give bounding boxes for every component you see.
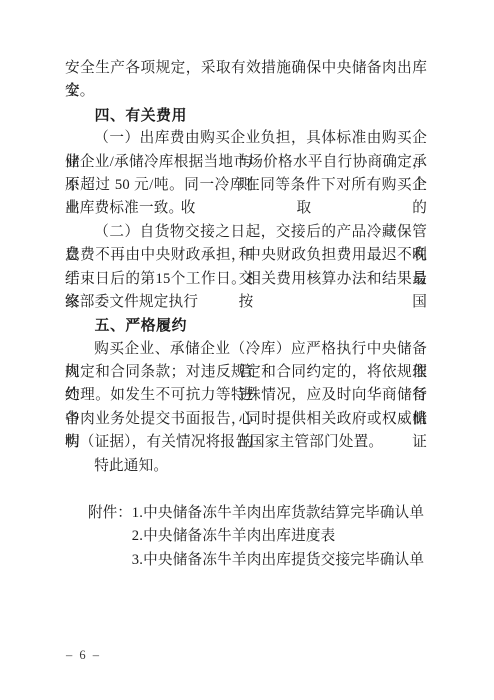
paragraph-line: 备肉业务处提交书面报告，同时提供相关政府或权威机构的证 — [65, 408, 427, 431]
section-heading: 四、有关费用 — [65, 104, 427, 127]
document-page: 安全生产各项规定，采取有效措施确保中央储备肉出库安全。四、有关费用（一）出库费由… — [0, 0, 494, 700]
attachment-item: 1.中央储备冻牛羊肉出库货款结算完毕确认单 — [132, 502, 463, 525]
paragraph-line: 明（证据），有关情况将报告国家主管部门处置。 — [65, 431, 427, 454]
paragraph-line: 处理。如发生不可抗力等特殊情况，应及时向华商储备中心储 — [65, 384, 427, 407]
paragraph-line: 息费不再由中央财政承担，中央财政负担费用最迟不晚于交易 — [65, 244, 427, 267]
paragraph-line: 结束日后的第15个工作日。相关费用核算办法和结果最终按国 — [65, 268, 427, 291]
paragraph-line: 全。 — [65, 80, 427, 103]
page-number: – 6 – — [66, 645, 101, 665]
paragraph-line: 规定和合同条款；对违反规定和合同约定的，将依规依约进行 — [65, 361, 427, 384]
attachment-item: 3.中央储备冻牛羊肉出库提货交接完毕确认单 — [132, 549, 463, 572]
paragraph-line: （一）出库费由购买企业负担，具体标准由购买企业与承 — [65, 127, 427, 150]
document-body: 安全生产各项规定，采取有效措施确保中央储备肉出库安全。四、有关费用（一）出库费由… — [65, 57, 427, 478]
attachment-item: 2.中央储备冻牛羊肉出库进度表 — [132, 525, 463, 548]
paragraph-line: 不超过 50 元/吨。同一冷库在同等条件下对所有购买企业收取的 — [65, 174, 427, 197]
paragraph-line: （二）自货物交接之日起，交接后的产品冷藏保管费和利 — [65, 221, 427, 244]
section-heading: 五、严格履约 — [65, 314, 427, 337]
paragraph-line: 安全生产各项规定，采取有效措施确保中央储备肉出库安 — [65, 57, 427, 80]
paragraph-line: 购买企业、承储企业（冷库）应严格执行中央储备肉管理 — [65, 338, 427, 361]
paragraph-line: 特此通知。 — [65, 455, 427, 478]
attachment-list: 1.中央储备冻牛羊肉出库货款结算完毕确认单2.中央储备冻牛羊肉出库进度表3.中央… — [132, 502, 463, 572]
paragraph-line: 储企业/承储冷库根据当地市场价格水平自行协商确定，原则上 — [65, 151, 427, 174]
attachment-label: 附件： — [88, 502, 132, 525]
attachment-block: 附件： 1.中央储备冻牛羊肉出库货款结算完毕确认单2.中央储备冻牛羊肉出库进度表… — [65, 502, 463, 572]
